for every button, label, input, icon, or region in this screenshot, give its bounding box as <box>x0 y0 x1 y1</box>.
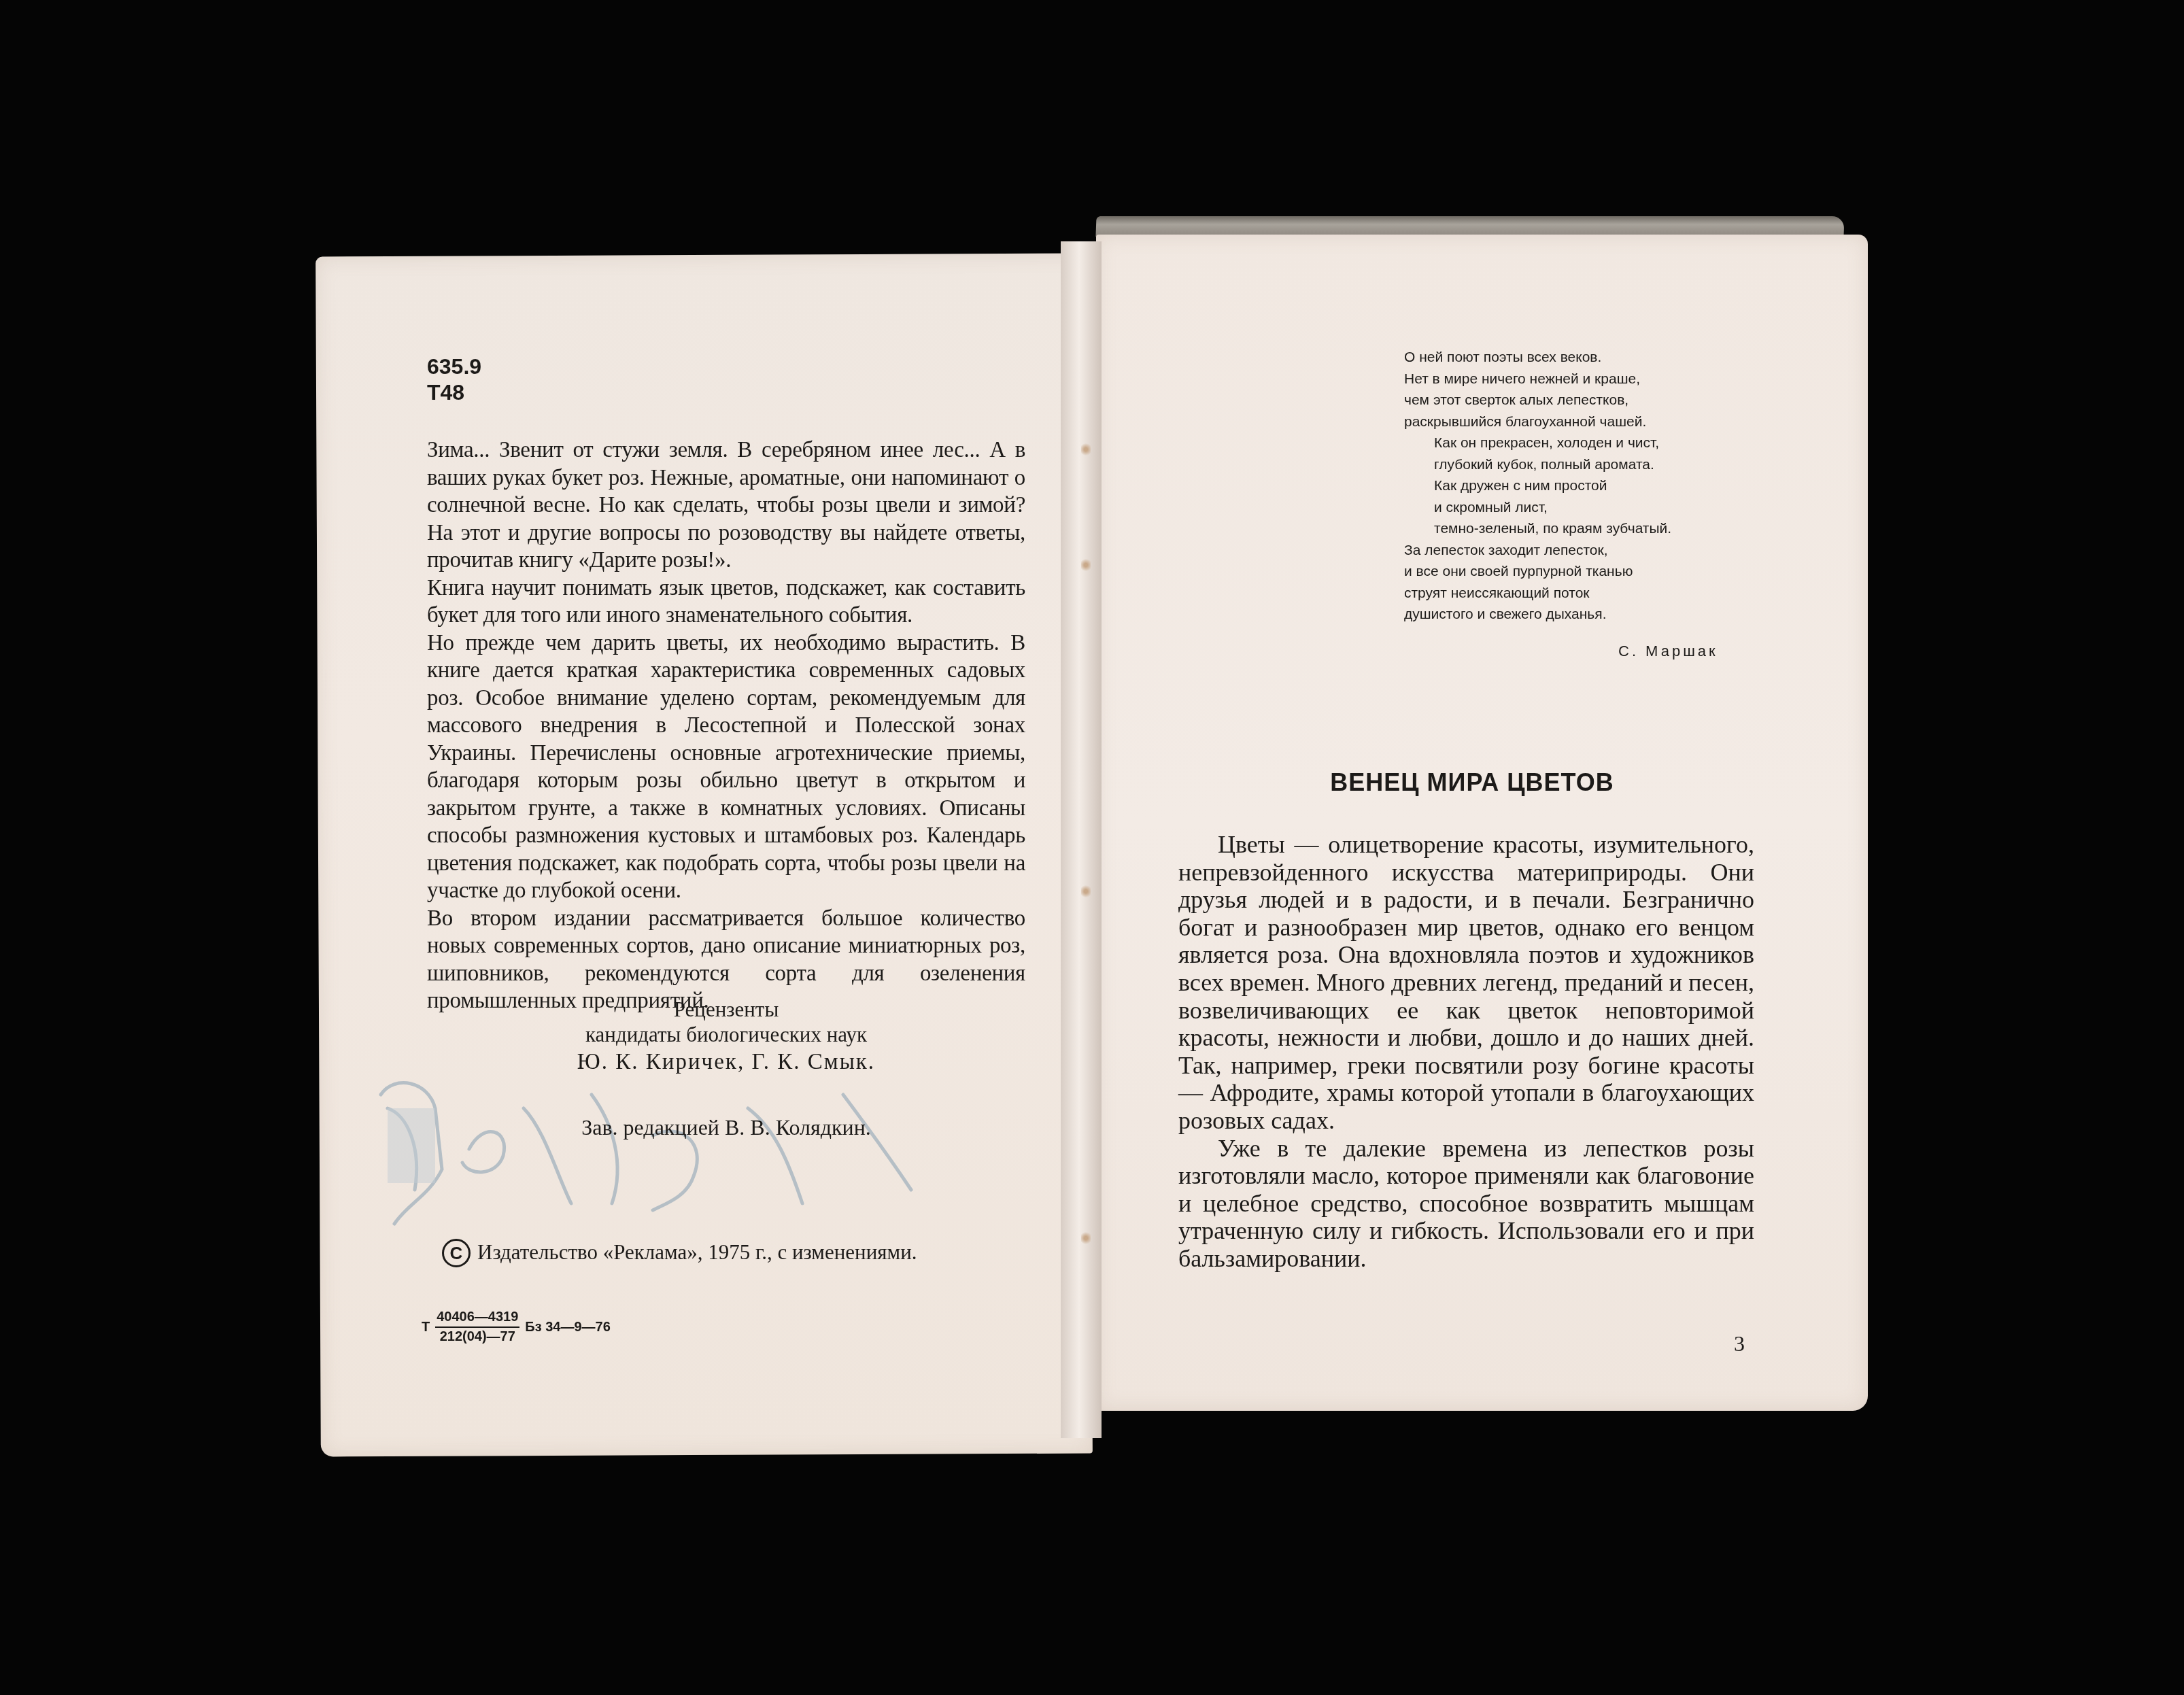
book-spine <box>1061 241 1102 1438</box>
print-code: Т 40406—4319 212(04)—77 Бз 34—9—76 <box>422 1309 611 1345</box>
poem-line: Нет в мире ничего нежней и краше, <box>1404 369 1671 390</box>
body-paragraph: Уже в те далекие времена из лепестков ро… <box>1178 1135 1754 1273</box>
chapter-title: ВЕНЕЦ МИРА ЦВЕТОВ <box>1180 768 1764 797</box>
print-code-suffix: Бз 34—9—76 <box>525 1320 611 1335</box>
print-code-fraction: 40406—4319 212(04)—77 <box>435 1309 519 1345</box>
poem-line: Как дружен с ним простой <box>1404 475 1671 497</box>
binding-stitch <box>1081 884 1091 899</box>
chapter-body: Цветы — олицетворение красоты, изумитель… <box>1178 831 1754 1273</box>
poem-author: С. Маршак <box>1618 643 1718 660</box>
binding-stitch <box>1081 1231 1091 1246</box>
poem-line: темно-зеленый, по краям зубчатый. <box>1404 518 1671 540</box>
poem-line: и все они своей пурпурной тканью <box>1404 561 1671 583</box>
page-block-edge <box>1095 216 1844 237</box>
poem-line: О ней поют поэты всех веков. <box>1404 347 1671 369</box>
author-code: Т48 <box>427 379 481 405</box>
binding-stitch <box>1081 558 1091 572</box>
poem-line: Как он прекрасен, холоден и чист, <box>1404 432 1671 454</box>
book-annotation: Зима... Звенит от стужи земля. В серебря… <box>427 436 1025 1015</box>
ink-stamp-drawing <box>367 1067 966 1231</box>
page-number: 3 <box>1734 1331 1745 1356</box>
poem-line: глубокий кубок, полный аромата. <box>1404 454 1671 476</box>
annotation-paragraph: Зима... Звенит от стужи земля. В серебря… <box>427 436 1025 575</box>
copyright-icon: C <box>442 1239 471 1267</box>
poem-line: раскрывшийся благоуханной чашей. <box>1404 411 1671 433</box>
poem-line: и скромный лист, <box>1404 497 1671 519</box>
library-classification: 635.9 Т48 <box>427 354 481 405</box>
reviewers-block: Рецензенты кандидаты биологических наук … <box>427 997 1025 1075</box>
editor-credit: Зав. редакцией В. В. Колядкин. <box>427 1115 1025 1140</box>
poem-line: струят неиссякающий поток <box>1404 583 1671 604</box>
print-code-denominator: 212(04)—77 <box>440 1328 515 1345</box>
print-code-prefix: Т <box>422 1320 430 1335</box>
udc-code: 635.9 <box>427 354 481 379</box>
copyright-line: CИздательство «Реклама», 1975 г., с изме… <box>442 1239 917 1267</box>
print-code-numerator: 40406—4319 <box>435 1309 519 1328</box>
reviewers-names: Ю. К. Киричек, Г. К. Смык. <box>427 1050 1025 1075</box>
annotation-paragraph: Но прежде чем дарить цветы, их необходим… <box>427 630 1025 905</box>
annotation-paragraph: Книга научит понимать язык цветов, подск… <box>427 575 1025 630</box>
body-paragraph: Цветы — олицетворение красоты, изумитель… <box>1178 831 1754 1135</box>
epigraph-poem: О ней поют поэты всех веков.Нет в мире н… <box>1404 347 1671 626</box>
reviewers-label: Рецензенты <box>427 997 1025 1022</box>
binding-stitch <box>1081 442 1091 457</box>
poem-line: За лепесток заходит лепесток, <box>1404 540 1671 562</box>
poem-line: чем этот сверток алых лепестков, <box>1404 390 1671 411</box>
copyright-text: Издательство «Реклама», 1975 г., с измен… <box>477 1240 917 1264</box>
poem-line: душистого и свежего дыханья. <box>1404 604 1671 626</box>
reviewers-title: кандидаты биологических наук <box>427 1022 1025 1047</box>
